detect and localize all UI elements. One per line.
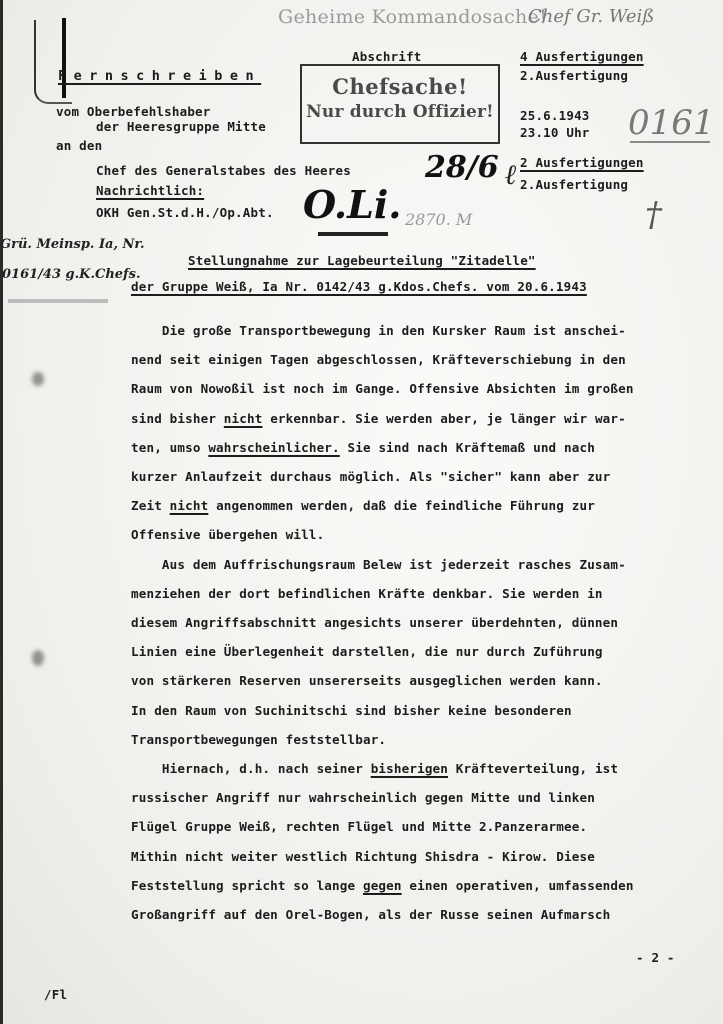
body-line: russischer Angriff nur wahrscheinlich ge… xyxy=(131,790,595,805)
body-line: Feststellung spricht so lange gegen eine… xyxy=(131,878,634,893)
cc-label: Nachrichtlich: xyxy=(96,183,204,198)
body-line: Raum von Nowoßil ist noch im Gange. Offe… xyxy=(131,381,634,396)
margin-note-1: Grü. Meinsp. Ia, Nr. xyxy=(0,237,145,252)
message-date: 25.6.1943 xyxy=(520,108,590,123)
handwritten-recipient-note: Chef Gr. Weiß xyxy=(528,6,654,27)
body-line: Aus dem Auffrischungsraum Belew ist jede… xyxy=(131,557,626,572)
margin-note-2: 0161/43 g.K.Chefs. xyxy=(2,267,141,282)
copy-number-2: 2.Ausfertigung xyxy=(520,177,628,192)
signature-underline xyxy=(318,232,388,236)
body-line: sind bisher nicht erkennbar. Sie werden … xyxy=(131,411,626,426)
punch-hole-mark xyxy=(32,650,44,666)
handwritten-date: 28/6 xyxy=(425,150,499,185)
body-line: Hiernach, d.h. nach seiner bisherigen Kr… xyxy=(131,761,618,776)
body-line: Linien eine Überlegenheit darstellen, di… xyxy=(131,644,603,659)
chefsache-stamp: Chefsache! Nur durch Offizier! xyxy=(300,64,500,144)
message-time: 23.10 Uhr xyxy=(520,125,590,140)
body-line: Offensive übergehen will. xyxy=(131,527,324,542)
body-line: Zeit nicht angenommen werden, daß die fe… xyxy=(131,498,595,513)
initials-signature: O.Li. xyxy=(303,182,402,227)
handwritten-reference: 2870. M xyxy=(405,210,472,229)
copies-count-2: 2 Ausfertigungen xyxy=(520,155,644,170)
body-line: von stärkeren Reserven unsererseits ausg… xyxy=(131,673,603,688)
body-line: nend seit einigen Tagen abgeschlossen, K… xyxy=(131,352,626,367)
document-type-title: Fernschreiben xyxy=(58,68,261,84)
copy-label: Abschrift xyxy=(352,49,422,64)
bracket-mark xyxy=(34,20,72,104)
body-line: diesem Angriffsabschnitt angesichts unse… xyxy=(131,615,618,630)
copy-number-1: 2.Ausfertigung xyxy=(520,68,628,83)
number-underline xyxy=(630,141,710,143)
secret-stamp: Geheime Kommandosache! xyxy=(278,6,547,28)
body-line: menziehen der dort befindlichen Kräfte d… xyxy=(131,586,603,601)
stamp-line-1: Chefsache! xyxy=(302,74,498,99)
recipient: Chef des Generalstabes des Heeres xyxy=(96,163,351,178)
body-line: In den Raum von Suchinitschi sind bisher… xyxy=(131,703,572,718)
handwritten-checkmark: † xyxy=(645,195,662,235)
body-line: Die große Transportbewegung in den Kursk… xyxy=(131,323,626,338)
subject-line-2: der Gruppe Weiß, Ia Nr. 0142/43 g.Kdos.C… xyxy=(131,279,587,294)
handwritten-number: 0161 xyxy=(628,103,715,143)
document-page: Geheime Kommandosache! Chef Gr. Weiß Fer… xyxy=(0,0,723,1024)
subject-line-1: Stellungnahme zur Lagebeurteilung "Zitad… xyxy=(188,253,536,268)
body-line: Flügel Gruppe Weiß, rechten Flügel und M… xyxy=(131,819,587,834)
sender-line-1: vom Oberbefehlshaber xyxy=(56,104,211,119)
body-line: kurzer Anlaufzeit durchaus möglich. Als … xyxy=(131,469,610,484)
body-line: Mithin nicht weiter westlich Richtung Sh… xyxy=(131,849,595,864)
handwritten-mark: ℓ xyxy=(505,158,517,192)
ink-bar xyxy=(62,18,66,98)
stamp-line-2: Nur durch Offizier! xyxy=(302,102,498,122)
to-label: an den xyxy=(56,138,102,153)
typist-mark: /Fl xyxy=(44,987,67,1002)
copies-count-1: 4 Ausfertigungen xyxy=(520,49,644,64)
sender-line-2: der Heeresgruppe Mitte xyxy=(96,119,266,134)
margin-rule xyxy=(8,299,108,303)
body-line: ten, umso wahrscheinlicher. Sie sind nac… xyxy=(131,440,595,455)
body-line: Transportbewegungen feststellbar. xyxy=(131,732,386,747)
page-number: - 2 - xyxy=(636,950,675,965)
scan-edge xyxy=(0,0,3,1024)
cc-recipient: OKH Gen.St.d.H./Op.Abt. xyxy=(96,205,274,220)
punch-hole-mark xyxy=(32,372,44,386)
body-line: Großangriff auf den Orel-Bogen, als der … xyxy=(131,907,610,922)
